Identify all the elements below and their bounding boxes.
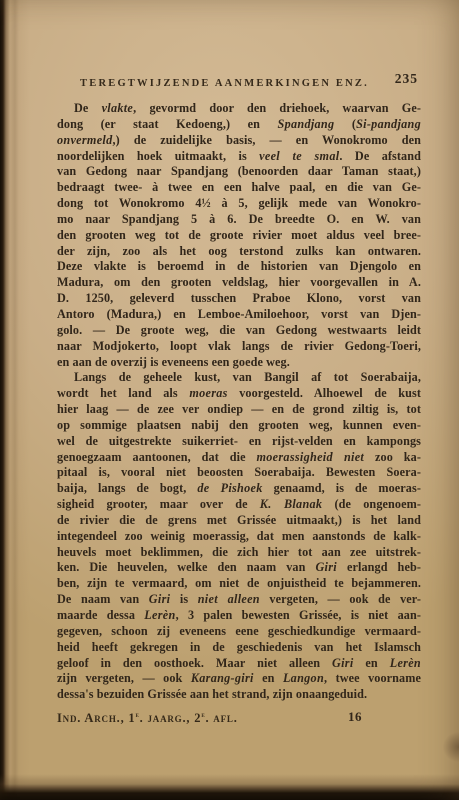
journal-signature: Ind. Arch., 1e. jaarg., 2e. afl. <box>57 711 238 725</box>
page-edge-left <box>0 0 30 800</box>
text-line: integendeel zoo weinig moerassig, dat me… <box>57 529 421 545</box>
text-line: D. 1250, geleverd tusschen Praboe Klono,… <box>57 291 421 307</box>
sheet-number: 16 <box>348 709 362 725</box>
text-line: dong tot Wonokromo 4½ à 5, gelijk mede v… <box>57 196 421 212</box>
text-line: Langs de geheele kust, van Bangil af tot… <box>57 370 421 386</box>
text-line: van Gedong naar Spandjang (benoorden daa… <box>57 164 421 180</box>
text-line: Madura, om den grooten veldslag, hier vo… <box>57 275 421 291</box>
page-header: TEREGTWIJZENDE AANMERKINGEN ENZ. 235 <box>57 73 420 89</box>
text-line: en aan de overzij is eveneens een goede … <box>57 355 421 371</box>
text-line: maarde dessa Lerèn, 3 palen bewesten Gri… <box>57 608 421 624</box>
text-line: wordt het land als moeras voorgesteld. A… <box>57 386 421 402</box>
text-line: genoegzaam aantoonen, dat die moerassigh… <box>57 450 421 466</box>
text-line: heid heeft gekregen in de geschiedenis v… <box>57 640 421 656</box>
text-line: De naam van Giri is niet alleen vergeten… <box>57 592 421 608</box>
text-line: noordelijken hoek uitmaakt, is veel te s… <box>57 149 421 165</box>
text-line: mo naar Spandjang 5 à 6. De breedte O. e… <box>57 212 421 228</box>
text-line: der zijn, zoo als het oog terstond zulks… <box>57 244 421 260</box>
text-line: golo. — De groote weg, die van Gedong we… <box>57 323 421 339</box>
text-line: hier laag — de zee ver ondiep — en de gr… <box>57 402 421 418</box>
text-line: dessa's bezuiden Grissée aan het strand,… <box>57 687 421 703</box>
text-line: de rivier die de grens met Grissée uitma… <box>57 513 421 529</box>
text-line: Deze vlakte is beroemd in de historien v… <box>57 259 421 275</box>
text-line: op sommige plaatsen nabij den grooten we… <box>57 418 421 434</box>
book-page: TEREGTWIJZENDE AANMERKINGEN ENZ. 235 De … <box>0 0 459 800</box>
text-line: gegeven, schoon zij eveneens eene geschi… <box>57 624 421 640</box>
text-line: ben, zijn te vermaard, om niet de onjuis… <box>57 576 421 592</box>
text-line: ken. Die heuvelen, welke den naam van Gi… <box>57 560 421 576</box>
text-line: dong (er staat Kedoeng,) en Spandjang (S… <box>57 117 421 133</box>
body-text: De vlakte, gevormd door den driehoek, wa… <box>57 101 421 703</box>
page-footer: Ind. Arch., 1e. jaarg., 2e. afl. 16 <box>57 709 420 727</box>
text-line: zijn vergeten, — ook Karang-giri en Lang… <box>57 671 421 687</box>
text-line: wel de uitgestrekte suikerriet- en rijst… <box>57 434 421 450</box>
page-edge-bottom <box>0 774 459 800</box>
page-number: 235 <box>395 71 418 87</box>
text-line: geloof in den oosthoek. Maar niet alleen… <box>57 656 421 672</box>
text-line: onvermeld,) de zuidelijke basis, — en Wo… <box>57 133 421 149</box>
text-line: Antoro (Madura,) en Lemboe-Amiloehoor, v… <box>57 307 421 323</box>
text-line: heuvels moet beklimmen, die zich hier to… <box>57 545 421 561</box>
text-line: naar Modjokerto, loopt vlak langs de riv… <box>57 339 421 355</box>
text-line: sigheid grooter, maar over de K. Blanak … <box>57 497 421 513</box>
text-line: baija, langs de bogt, de Pishoek genaamd… <box>57 481 421 497</box>
running-title: TEREGTWIJZENDE AANMERKINGEN ENZ. <box>80 78 369 89</box>
text-line: pitaal is, vooral niet beoosten Soerabai… <box>57 465 421 481</box>
text-line: bedraagt twee- à twee en een halve paal,… <box>57 180 421 196</box>
page-smudge <box>443 732 459 762</box>
text-line: De vlakte, gevormd door den driehoek, wa… <box>57 101 421 117</box>
text-line: den grooten weg tot de groote rivier moe… <box>57 228 421 244</box>
